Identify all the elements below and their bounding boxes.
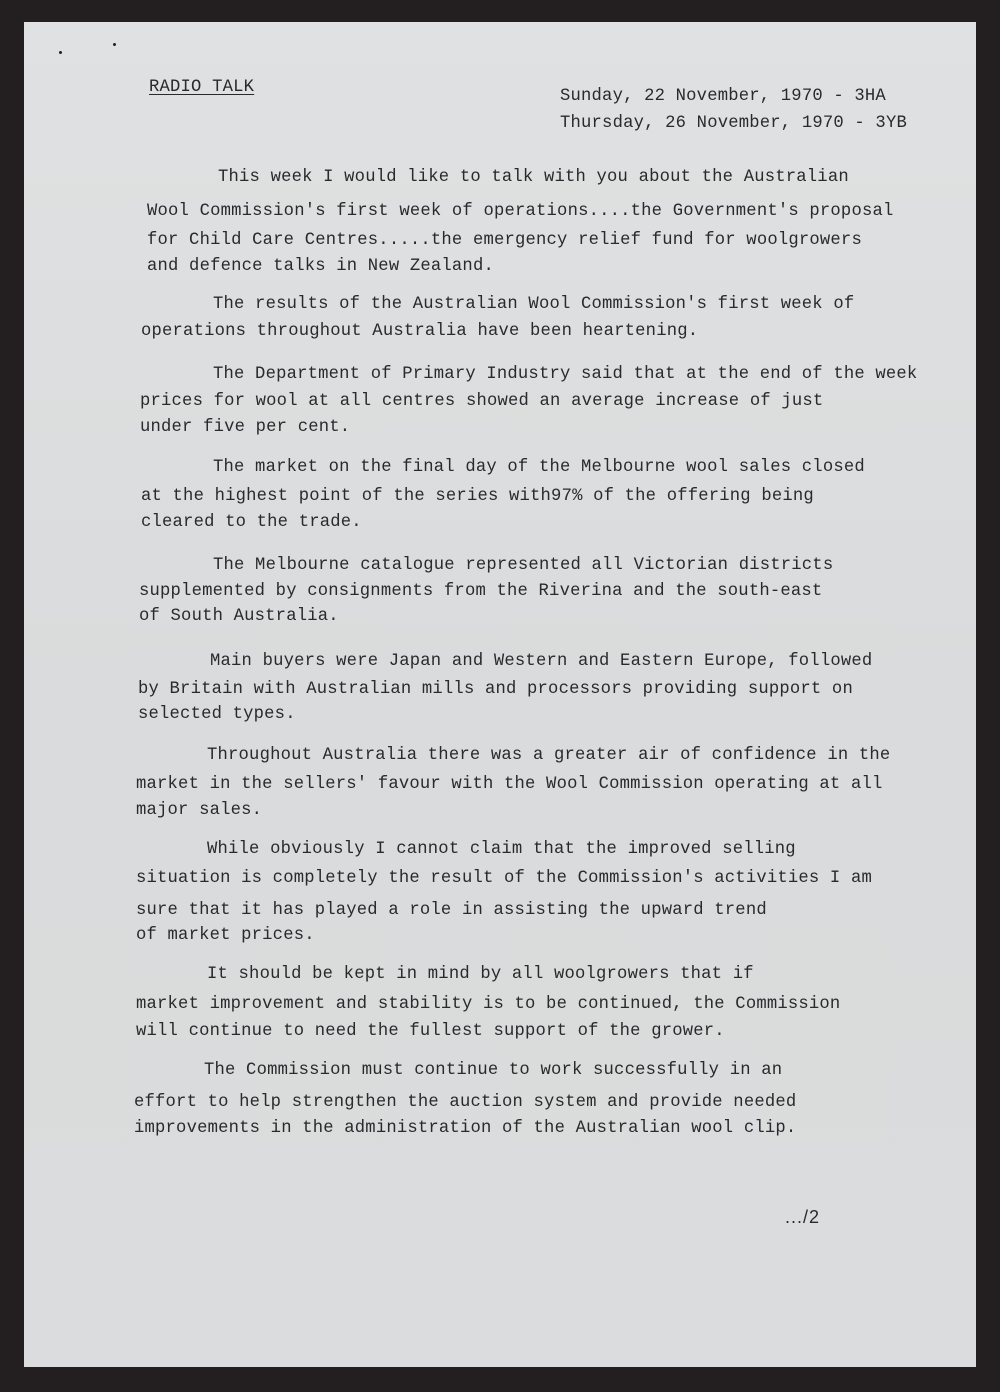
paper-speck <box>113 43 116 46</box>
paragraph-line: market in the sellers' favour with the W… <box>136 775 883 794</box>
paragraph-line: situation is completely the result of th… <box>136 869 872 888</box>
paragraph-line: operations throughout Australia have bee… <box>141 322 698 341</box>
broadcast-date-2: Thursday, 26 November, 1970 - 3YB <box>560 114 907 133</box>
paper-speck <box>59 51 62 54</box>
paragraph-line: supplemented by consignments from the Ri… <box>139 582 822 601</box>
paragraph-line: sure that it has played a role in assist… <box>136 901 767 920</box>
paragraph-line: Main buyers were Japan and Western and E… <box>210 652 872 671</box>
paragraph-line: The results of the Australian Wool Commi… <box>213 295 854 314</box>
paragraph-line: The market on the final day of the Melbo… <box>213 458 865 477</box>
page-continuation-marker: .../2 <box>785 1207 820 1228</box>
paragraph-line: improvements in the administration of th… <box>134 1119 796 1138</box>
paragraph-line: It should be kept in mind by all woolgro… <box>207 965 754 984</box>
paragraph-line: The Department of Primary Industry said … <box>213 365 917 384</box>
paragraph-line: The Melbourne catalogue represented all … <box>213 556 833 575</box>
paragraph-line: under five per cent. <box>140 418 350 437</box>
paragraph-line: major sales. <box>136 801 262 820</box>
document-title: RADIO TALK <box>149 78 254 97</box>
paragraph-line: market improvement and stability is to b… <box>136 995 840 1014</box>
paragraph-line: of market prices. <box>136 926 315 945</box>
paragraph-line: This week I would like to talk with you … <box>218 168 849 187</box>
paragraph-line: at the highest point of the series with9… <box>141 487 814 506</box>
paragraph-line: will continue to need the fullest suppor… <box>136 1022 725 1041</box>
paragraph-line: The Commission must continue to work suc… <box>204 1061 782 1080</box>
paragraph-line: While obviously I cannot claim that the … <box>207 840 796 859</box>
paragraph-line: by Britain with Australian mills and pro… <box>138 680 853 699</box>
broadcast-date-1: Sunday, 22 November, 1970 - 3HA <box>560 87 886 106</box>
paragraph-line: Wool Commission's first week of operatio… <box>147 202 894 221</box>
paragraph-line: selected types. <box>138 705 296 724</box>
paragraph-line: Throughout Australia there was a greater… <box>207 746 890 765</box>
paragraph-line: for Child Care Centres.....the emergency… <box>147 231 862 250</box>
paragraph-line: effort to help strengthen the auction sy… <box>134 1093 796 1112</box>
paragraph-line: prices for wool at all centres showed an… <box>140 392 823 411</box>
paragraph-line: and defence talks in New Zealand. <box>147 257 494 276</box>
paragraph-line: cleared to the trade. <box>141 513 362 532</box>
paragraph-line: of South Australia. <box>139 607 339 626</box>
